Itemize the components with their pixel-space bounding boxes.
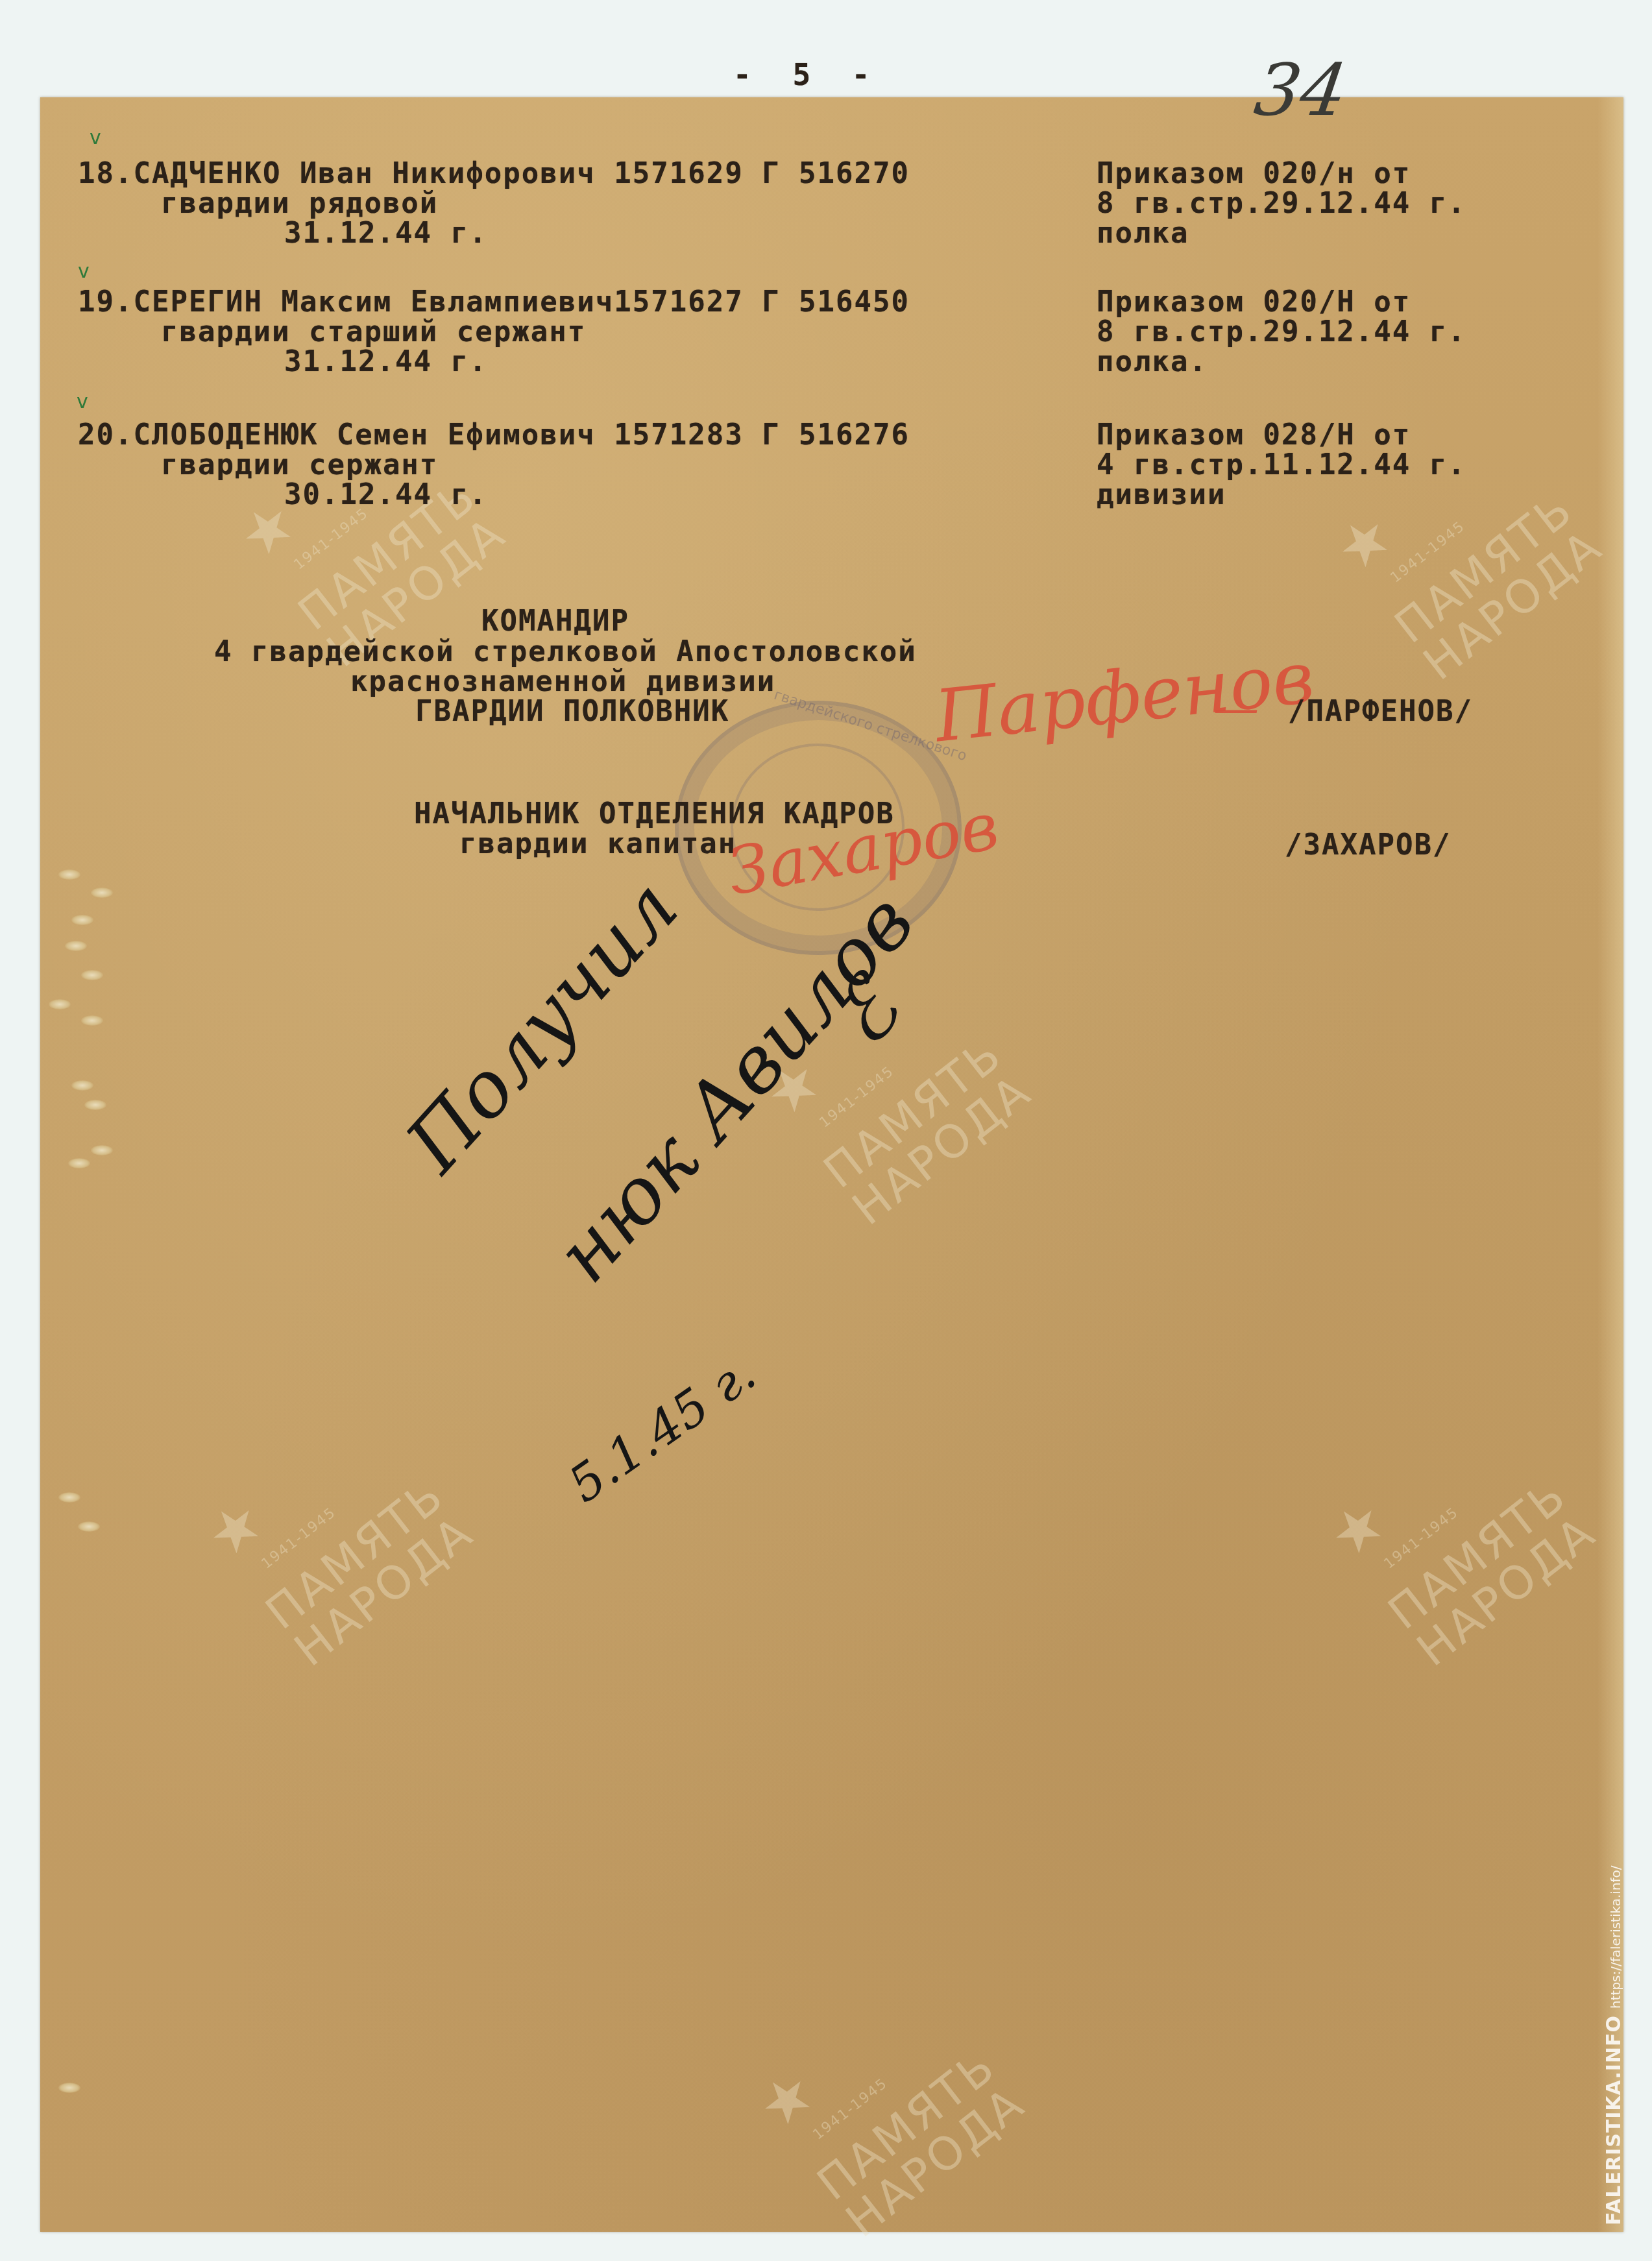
site-watermark: FALERISTIKA.INFOhttps://faleristika.info… — [1603, 1865, 1625, 2225]
punch-hole — [84, 1100, 106, 1110]
punch-hole — [71, 915, 93, 925]
entry-rank: гвардии сержант — [161, 450, 438, 480]
check-mark-icon: v — [77, 391, 88, 413]
check-mark-icon: v — [90, 127, 101, 149]
check-mark-icon: v — [78, 260, 90, 283]
punch-hole — [71, 1080, 93, 1091]
punch-hole — [78, 1521, 100, 1532]
site-brand: FALERISTIKA.INFO — [1603, 2015, 1625, 2225]
hr-rank: гвардии капитан — [459, 829, 736, 859]
commander-rank: ГВАРДИИ ПОЛКОВНИК — [415, 697, 729, 727]
punch-hole — [58, 869, 80, 880]
punch-hole — [81, 970, 103, 980]
entry-order: 8 гв.стр.29.12.44 г. — [1097, 317, 1466, 347]
punch-hole — [68, 1158, 90, 1168]
entry-order: полка — [1097, 219, 1189, 248]
entry-name-line: 20.СЛОБОДЕНЮК Семен Ефимович 1571283 Г 5… — [78, 420, 910, 450]
punch-hole — [91, 888, 113, 898]
entry-order: 8 гв.стр.29.12.44 г. — [1097, 189, 1466, 219]
punch-hole — [81, 1015, 103, 1026]
entry-order: Приказом 020/Н от — [1097, 287, 1411, 317]
entry-rank: гвардии рядовой — [161, 189, 438, 219]
entry-name-line: 18.САДЧЕНКО Иван Никифорович 1571629 Г 5… — [78, 159, 910, 189]
commander-name: /ПАРФЕНОВ/ — [1288, 697, 1473, 727]
entry-order: 4 гв.стр.11.12.44 г. — [1097, 450, 1466, 480]
site-url: https://faleristika.info/ — [1608, 1865, 1623, 2009]
punch-hole — [58, 2083, 80, 2093]
entry-date: 31.12.44 г. — [284, 219, 487, 248]
entry-rank: гвардии старший сержант — [161, 317, 586, 347]
punch-hole — [65, 941, 87, 951]
commander-unit: 4 гвардейской стрелковой Апостоловской — [214, 637, 917, 667]
punch-hole — [58, 1492, 80, 1503]
entry-order: дивизии — [1097, 480, 1226, 510]
entry-order: полка. — [1097, 347, 1208, 377]
commander-unit: краснознаменной дивизии — [350, 667, 775, 697]
punch-hole — [49, 999, 71, 1010]
entry-order: Приказом 028/Н от — [1097, 420, 1411, 450]
hr-name: /ЗАХАРОВ/ — [1285, 830, 1451, 860]
page-number: - 5 - — [733, 60, 881, 90]
entry-date: 31.12.44 г. — [284, 347, 487, 377]
punch-hole — [91, 1145, 113, 1155]
entry-name-line: 19.СЕРЕГИН Максим Евлампиевич1571627 Г 5… — [78, 287, 910, 317]
folio-number: 34 — [1250, 49, 1352, 132]
entry-date: 30.12.44 г. — [284, 480, 487, 510]
signature-dash: — — [1213, 681, 1259, 734]
entry-order: Приказом 020/н от — [1097, 159, 1411, 189]
commander-title: КОМАНДИР — [481, 607, 629, 636]
